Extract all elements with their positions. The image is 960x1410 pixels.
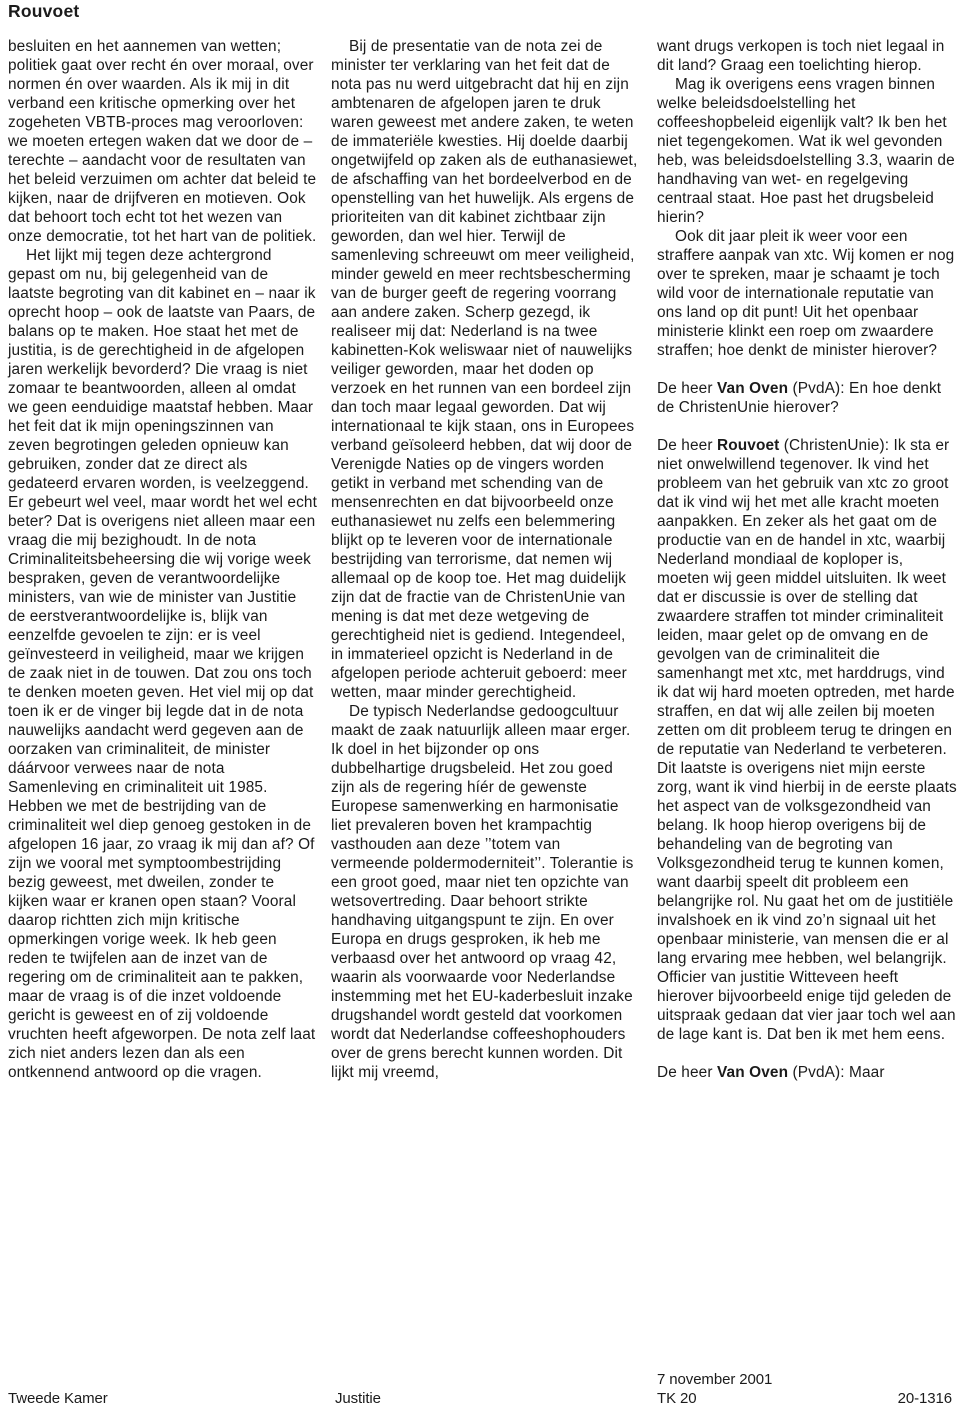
footer-chamber: Tweede Kamer xyxy=(8,1390,108,1407)
text-segment: want drugs verkopen is toch niet legaal … xyxy=(657,38,944,74)
text-segment: (ChristenUnie): Ik sta er niet onwelwill… xyxy=(657,437,957,1043)
paragraph: want drugs verkopen is toch niet legaal … xyxy=(657,37,957,75)
text-segment: Het lijkt mij tegen deze achtergrond gep… xyxy=(8,247,317,1081)
speaker-paragraph: De heer Rouvoet (ChristenUnie): Ik sta e… xyxy=(657,436,957,1044)
paragraph: Mag ik overigens eens vragen binnen welk… xyxy=(657,75,957,227)
text-segment: De heer xyxy=(657,437,717,454)
text-column-2: Bij de presentatie van de nota zei de mi… xyxy=(331,37,638,1082)
document-page: Rouvoet besluiten en het aannemen van we… xyxy=(0,0,960,1410)
text-column-3: want drugs verkopen is toch niet legaal … xyxy=(657,37,957,1082)
speaker-paragraph: De heer Van Oven (PvdA): En hoe denkt de… xyxy=(657,379,957,417)
text-segment: Bij de presentatie van de nota zei de mi… xyxy=(331,38,637,701)
footer-page-number: 20-1316 xyxy=(898,1390,952,1407)
page-title: Rouvoet xyxy=(8,1,79,22)
speaker-paragraph: De heer Van Oven (PvdA): Maar xyxy=(657,1063,957,1082)
footer-topic: Justitie xyxy=(335,1390,381,1407)
text-segment: De typisch Nederlandse gedoogcultuur maa… xyxy=(331,703,633,1081)
text-column-1: besluiten en het aannemen van wetten; po… xyxy=(8,37,317,1082)
speaker-name: Rouvoet xyxy=(717,437,779,454)
paragraph: De typisch Nederlandse gedoogcultuur maa… xyxy=(331,702,638,1082)
speaker-name: Van Oven xyxy=(717,380,788,397)
speaker-name: Van Oven xyxy=(717,1064,788,1081)
paragraph: besluiten en het aannemen van wetten; po… xyxy=(8,37,317,246)
paragraph: Het lijkt mij tegen deze achtergrond gep… xyxy=(8,246,317,1082)
text-segment: De heer xyxy=(657,380,717,397)
footer-session: TK 20 xyxy=(657,1390,697,1407)
footer-date: 7 november 2001 xyxy=(657,1371,772,1388)
text-segment: (PvdA): Maar xyxy=(788,1064,885,1081)
text-segment: besluiten en het aannemen van wetten; po… xyxy=(8,38,316,245)
text-segment: De heer xyxy=(657,1064,717,1081)
paragraph: Bij de presentatie van de nota zei de mi… xyxy=(331,37,638,702)
paragraph: Ook dit jaar pleit ik weer voor een stra… xyxy=(657,227,957,360)
text-segment: Mag ik overigens eens vragen binnen welk… xyxy=(657,76,955,226)
text-segment: Ook dit jaar pleit ik weer voor een stra… xyxy=(657,228,954,359)
